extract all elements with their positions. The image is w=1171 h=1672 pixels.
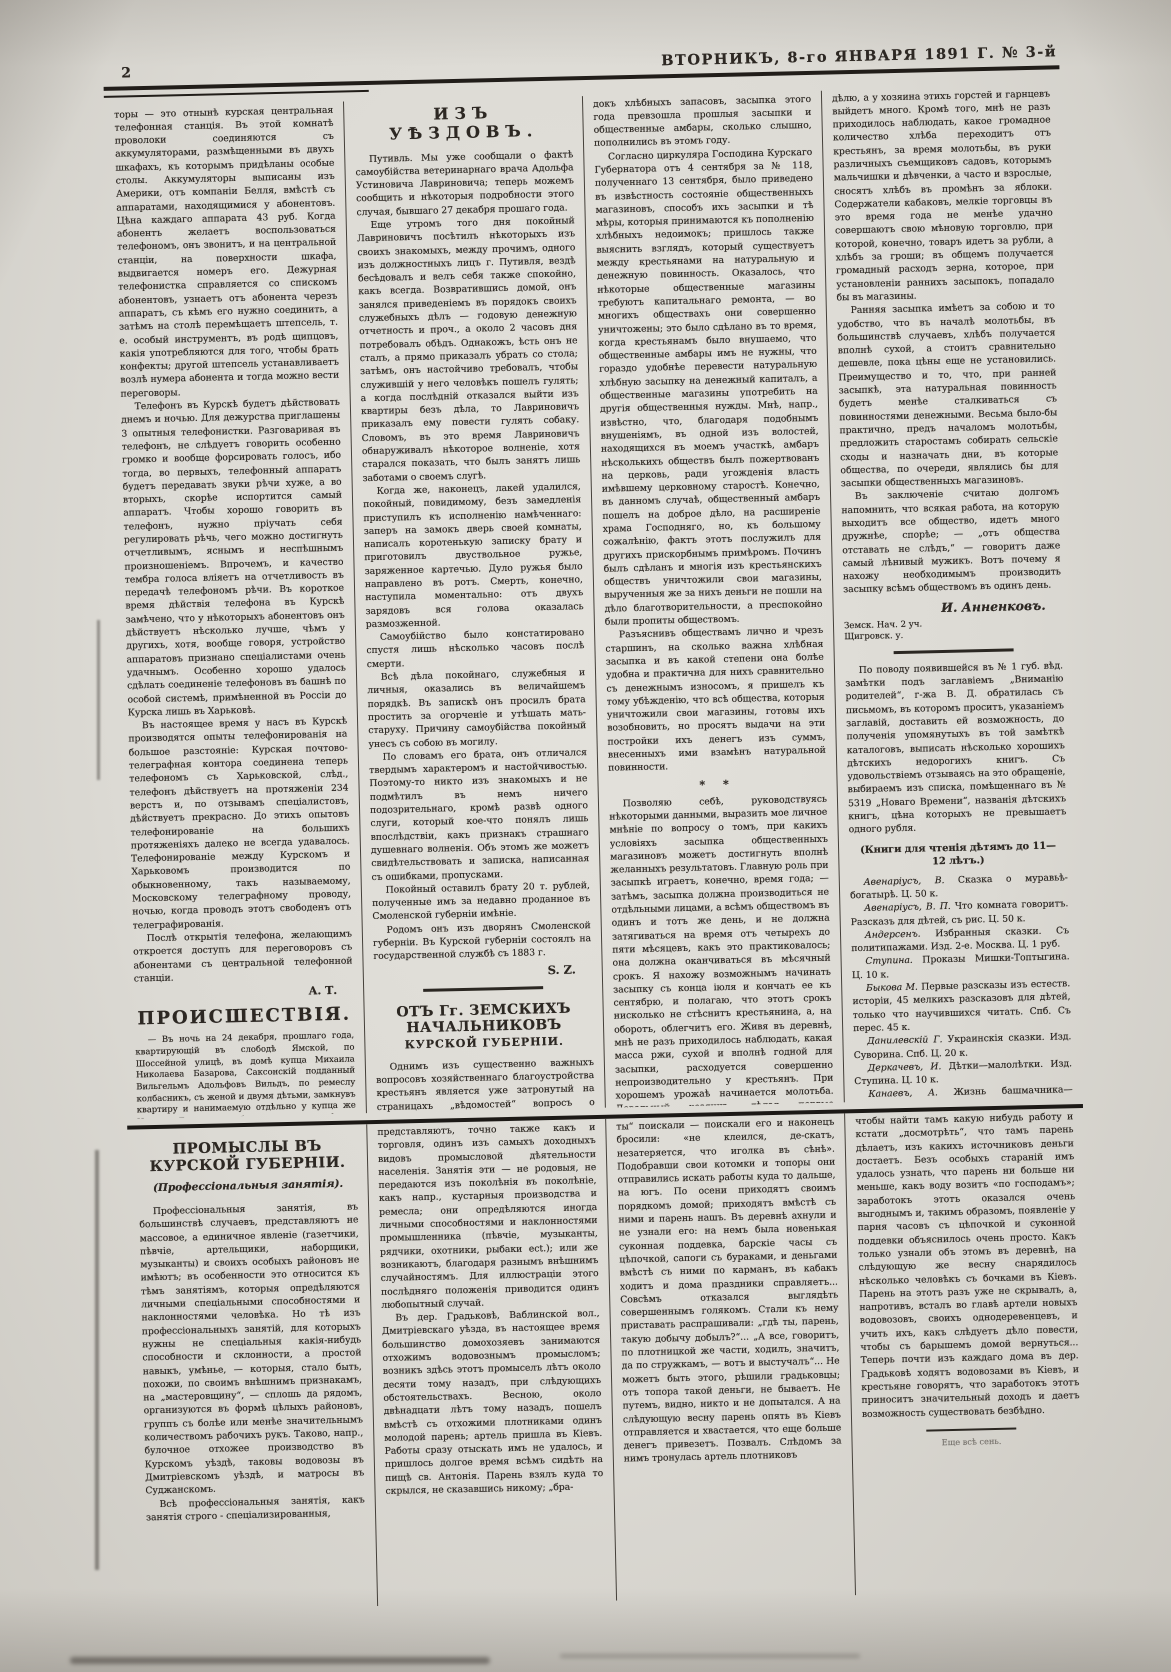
article-paragraph: Когда же, наконецъ, лакей удалился, поко… (363, 480, 584, 631)
column-1: торы — это отнынѣ курская центральная те… (104, 101, 366, 1118)
newspaper-page: 2 ВТОРНИКЪ, 8-го ЯНВАРЯ 1891 Г. № 3-й то… (0, 0, 1171, 1672)
book-author: Данилевскій Г. (867, 1034, 942, 1047)
article-paragraph: По поводу появившейся въ № 1 губ. вѣд. з… (845, 659, 1067, 837)
trades-article-subheading: (Профессіональныя занятія). (138, 1177, 357, 1194)
article-paragraph: Родомъ онъ изъ дворянъ Смоленской губерн… (373, 919, 592, 964)
scan-artifact (70, 1657, 490, 1664)
article-paragraph: Въ заключеніе считаю долгомъ напомнить, … (841, 486, 1061, 597)
article-paragraph: Всѣ профессіональныя занятія, какъ занят… (146, 1493, 366, 1525)
column-3: докъ хлѣбныхъ запасовъ, засыпка этого го… (582, 90, 844, 1107)
book-author: Андерсенъ. (865, 928, 921, 940)
footnote-rule (926, 1427, 1016, 1431)
article-paragraph: дѣлю, а у хозяина этихъ горстей и гарнце… (832, 87, 1055, 305)
bottom-column-4: чтобы найти тамъ какую нибудь работу и к… (844, 1108, 1094, 1595)
book-author: Деркачевъ, И. (868, 1061, 942, 1074)
illegible-footnote: Еще всѣ сень. (862, 1433, 1080, 1451)
author-position: Земск. Нач. 2 уч. Щигровск. у. (844, 616, 1062, 643)
incidents-heading: ПРОИСШЕСТВІЯ. (135, 1004, 354, 1030)
book-author: Авенаріусъ, В. П. (864, 901, 951, 914)
page-header: 2 ВТОРНИКЪ, 8-го ЯНВАРЯ 1891 Г. № 3-й (103, 43, 1059, 87)
article-paragraph: Однимъ изъ существенно важныхъ вопросовъ… (376, 1056, 596, 1113)
book-author: Быкова М. (866, 982, 918, 994)
article-paragraph: Позволяю себѣ, руководствуясь нѣкоторыми… (609, 792, 836, 1107)
column-2: ИЗЪ УѢЗДОВЪ. Путивль. Мы уже сообщали о … (343, 96, 605, 1113)
section-subheading-kursk-province: КУРСКОЙ ГУБЕРНІИ. (375, 1034, 593, 1052)
book-author: Ступина. (865, 955, 913, 967)
scan-artifact (560, 1654, 860, 1658)
bottom-column-2: представляютъ, точно также какъ и торгов… (366, 1119, 616, 1606)
section-heading-zemstvo-chiefs: ОТЪ Гг. ЗЕМСКИХЪ НАЧАЛЬНИКОВЪ (378, 1000, 589, 1037)
article-paragraph: Всѣ дѣла покойнаго, служебныя и личныя, … (367, 666, 587, 751)
article-paragraph: докъ хлѣбныхъ запасовъ, засыпка этого го… (593, 92, 812, 150)
article-paragraph: Разъяснивъ обществамъ лично и чрезъ стар… (605, 624, 826, 775)
article-paragraph: По словамъ его брата, онъ отличался твер… (369, 746, 590, 884)
column-4: дѣлю, а у хозяина этихъ горстей и гарнце… (821, 85, 1083, 1102)
article-paragraph: представляютъ, точно также какъ и торгов… (377, 1121, 599, 1312)
book-author: Канаевъ, А. (868, 1088, 938, 1101)
book-entry: Быкова М. Первые разсказы изъ естеств. и… (852, 977, 1071, 1035)
incidents-list: — Въ ночь на 24 декабря, прошлаго года, … (135, 1030, 360, 1119)
article-paragraph: Въ дер. Градьковѣ, Ваблинской вол., Дмит… (381, 1307, 603, 1498)
author-signature: И. Анненковъ. (843, 597, 1061, 617)
bottom-column-3: ты“ поискали — поискали его и наконецъ б… (605, 1113, 855, 1600)
section-heading-from-districts: ИЗЪ УѢЗДОВЪ. (354, 101, 573, 144)
bottom-column-1: ПРОМЫСЛЫ ВЪ КУРСКОЙ ГУБЕРНІИ. (Профессіо… (127, 1124, 377, 1611)
article-paragraph: Путивль. Мы уже сообщали о фактѣ самоубі… (355, 148, 574, 219)
asterisk-separator: * * (608, 775, 826, 793)
author-initials: А. Т. (134, 984, 353, 1002)
divider-rule (423, 986, 543, 992)
article-paragraph: Еще утромъ того дня покойный Лавриновичъ… (357, 214, 581, 485)
article-paragraph: Согласно циркуляра Господина Курскаго Гу… (594, 146, 823, 630)
article-paragraph: ты“ поискали — поискали его и наконецъ б… (616, 1116, 842, 1467)
article-paragraph: чтобы найти тамъ какую нибудь работу и к… (855, 1110, 1080, 1421)
bottom-section: ПРОМЫСЛЫ ВЪ КУРСКОЙ ГУБЕРНІИ. (Профессіо… (127, 1108, 1094, 1612)
header-rule-secondary (104, 89, 369, 97)
incident-item: — Въ ночь на 24 декабря, прошлаго года, … (135, 1030, 359, 1119)
page-number: 2 (121, 65, 131, 81)
scan-artifact (95, 1150, 99, 1570)
book-author: Авенаріусъ, В. (864, 875, 945, 888)
author-initials: S. Z. (374, 962, 592, 981)
book-list-heading: (Книги для чтенія дѣтямъ до 11—12 лѣтъ.) (855, 839, 1062, 870)
article-paragraph: Въ настоящее время у насъ въ Курскѣ прои… (128, 715, 352, 933)
article-paragraph: Самоубійство было констатировано спустя … (366, 626, 585, 671)
top-section: торы — это отнынѣ курская центральная те… (104, 85, 1083, 1118)
trades-article-heading: ПРОМЫСЛЫ ВЪ КУРСКОЙ ГУБЕРНІИ. (138, 1136, 358, 1175)
scan-artifact (97, 620, 100, 780)
divider-rule (894, 648, 1014, 654)
article-paragraph: Ранняя засыпка имѣетъ за собою и то удоб… (837, 300, 1059, 491)
article-paragraph: Телефонъ въ Курскѣ будетъ дѣйствовать дн… (121, 396, 347, 720)
article-paragraph: Покойный оставилъ брату 20 т. рублей, по… (372, 879, 591, 924)
article-paragraph: торы — это отнынѣ курская центральная те… (114, 103, 340, 400)
article-paragraph: Профессіональныя занятія, въ большинствѣ… (139, 1200, 365, 1497)
article-paragraph: Послѣ открытія телефона, желающимъ откро… (133, 927, 353, 985)
masthead-date-line: ВТОРНИКЪ, 8-го ЯНВАРЯ 1891 Г. № 3-й (661, 43, 1057, 69)
page-content: 2 ВТОРНИКЪ, 8-го ЯНВАРЯ 1891 Г. № 3-й то… (103, 43, 1094, 1611)
